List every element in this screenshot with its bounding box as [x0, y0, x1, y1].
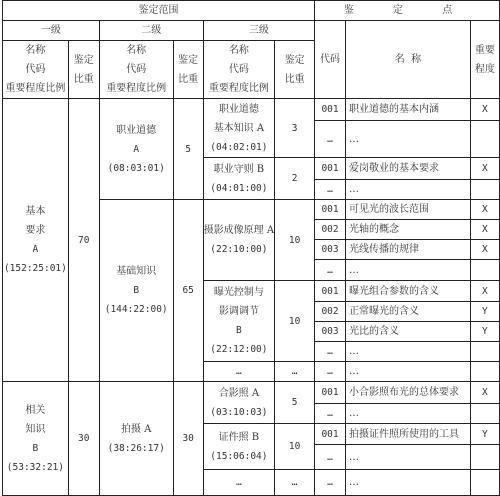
- level3-name-line: 曝光控制与: [204, 283, 274, 302]
- level3-name-line: 合影照 A: [204, 384, 274, 403]
- point-importance: X: [470, 200, 499, 220]
- weight-header-line: 鉴定: [69, 51, 99, 70]
- level3-weight: …: [275, 470, 315, 493]
- level2-name: 职业道德: [100, 121, 173, 140]
- level2-code: B: [100, 281, 173, 300]
- point-name: 可见光的波长范围: [346, 200, 471, 220]
- point-code: 001: [315, 281, 346, 302]
- weight-header-line: 鉴定: [174, 51, 203, 70]
- point-importance: X: [470, 382, 499, 404]
- level3-weight: 5: [275, 382, 315, 424]
- level2-ratio: (144:22:00): [100, 300, 173, 319]
- level3-ratio: (03:10:03): [204, 403, 274, 422]
- weight-header-line: 比重: [275, 70, 314, 89]
- level2-weight: 65: [173, 200, 203, 382]
- level2-ratio: (38:26:17): [100, 439, 173, 458]
- name-header-line: 重要程度比例: [100, 79, 173, 98]
- point-name: 光轴的概念: [346, 220, 471, 240]
- level2-name: 基础知识: [100, 262, 173, 281]
- level3-ellipsis: …: [203, 470, 274, 493]
- level2-name-header: 名称 代码 重要程度比例: [99, 41, 173, 99]
- point-name: 光线传播的规律: [346, 240, 471, 260]
- level3-name-line: 基本知识 A: [204, 119, 274, 138]
- level1-ratio: (53:32:21): [3, 458, 68, 477]
- point-name: 拍摄证件照所使用的工具: [346, 424, 471, 445]
- level3-item: 摄影成像原理 A (22:10:00): [203, 200, 274, 281]
- point-importance: Y: [470, 424, 499, 445]
- point-name: 职业道德的基本内涵: [346, 99, 471, 121]
- level3-name-line: 证件照 B: [204, 428, 274, 447]
- level2-weight: 5: [173, 99, 203, 200]
- level3-name-header: 名称 代码 重要程度比例: [203, 41, 274, 99]
- point-code: …: [315, 404, 346, 424]
- level3-weight: 2: [275, 158, 315, 200]
- name-header-line: 名称: [100, 41, 173, 60]
- level3-weight: …: [275, 362, 315, 382]
- level2-header: 二级: [99, 21, 203, 41]
- level3-name-line: 职业道德: [204, 100, 274, 119]
- level3-weight: 10: [275, 200, 315, 281]
- importance-header-line1: 重要: [471, 41, 499, 60]
- level3-ratio: (22:10:00): [204, 240, 274, 259]
- level3-name-line: 影调调节: [204, 302, 274, 321]
- point-name: …: [346, 260, 471, 281]
- name-header-line: 名称: [204, 41, 274, 60]
- point-name: …: [346, 470, 471, 493]
- weight-header-line: 比重: [174, 70, 203, 89]
- scope-title: 鉴定范围: [3, 1, 315, 21]
- name-header-line: 重要程度比例: [3, 79, 68, 98]
- level1-weight: 70: [68, 99, 99, 382]
- level1-ratio: (152:25:01): [3, 259, 68, 278]
- point-code: 001: [315, 158, 346, 180]
- code-header: 代码: [315, 21, 346, 99]
- level2-weight-header: 鉴定 比重: [173, 41, 203, 99]
- level1-name-line: 要求: [3, 221, 68, 240]
- level1-name-line: 基本: [3, 202, 68, 221]
- point-code: …: [315, 470, 346, 493]
- level1-weight-header: 鉴定 比重: [68, 41, 99, 99]
- point-name: 小合影照布光的总体要求: [346, 382, 471, 404]
- point-code: 002: [315, 220, 346, 240]
- level2-ratio: (08:03:01): [100, 159, 173, 178]
- level1-related-knowledge: 相关 知识 B (53:32:21): [3, 382, 69, 493]
- level3-ratio: (04:02:01): [204, 138, 274, 157]
- level3-ratio: (04:01:00): [204, 179, 274, 198]
- point-code: …: [315, 180, 346, 200]
- point-code: 001: [315, 424, 346, 445]
- point-code: 001: [315, 382, 346, 404]
- level3-item: 曝光控制与 影调调节 B (22:12:00): [203, 281, 274, 362]
- level3-ratio: (22:12:00): [204, 340, 274, 359]
- level3-name-line: 职业守则 B: [204, 160, 274, 179]
- level2-ethics: 职业道德 A (08:03:01): [99, 99, 173, 200]
- point-code: …: [315, 260, 346, 281]
- point-name: …: [346, 404, 471, 424]
- level3-name-line: 摄影成像原理 A: [204, 221, 274, 240]
- importance-header: 重要 程度: [470, 21, 499, 99]
- point-name: 光比的含义: [346, 322, 471, 342]
- level1-name-header: 名称 代码 重要程度比例: [3, 41, 69, 99]
- level2-weight: 30: [173, 382, 203, 493]
- point-code: 001: [315, 99, 346, 121]
- appraisal-table: 鉴定范围 鉴 定 点 一级 二级 三级 代码 名 称 重要 程度 名称 代码 重…: [2, 0, 500, 492]
- level1-code: B: [3, 439, 68, 458]
- level2-name: 拍摄 A: [100, 420, 173, 439]
- level3-header: 三级: [203, 21, 314, 41]
- level2-code: A: [100, 140, 173, 159]
- point-importance: Y: [470, 322, 499, 342]
- level3-ellipsis: …: [203, 362, 274, 382]
- level3-item: 证件照 B (15:06:04): [203, 424, 274, 470]
- level1-basic-requirements: 基本 要求 A (152:25:01): [3, 99, 69, 382]
- point-name-header: 名 称: [346, 21, 471, 99]
- point-name: 爱岗敬业的基本要求: [346, 158, 471, 180]
- point-code: 002: [315, 302, 346, 322]
- point-importance: X: [470, 99, 499, 121]
- point-importance: Y: [470, 302, 499, 322]
- importance-header-line2: 程度: [471, 60, 499, 79]
- level3-item: 合影照 A (03:10:03): [203, 382, 274, 424]
- point-name: 正常曝光的含义: [346, 302, 471, 322]
- level1-name-line: 相关: [3, 401, 68, 420]
- name-header-line: 代码: [100, 60, 173, 79]
- point-importance: [470, 470, 499, 493]
- level3-weight: 10: [275, 424, 315, 470]
- level2-shooting: 拍摄 A (38:26:17): [99, 382, 173, 493]
- name-header-line: 代码: [204, 60, 274, 79]
- point-importance: X: [470, 158, 499, 180]
- point-importance: [470, 180, 499, 200]
- point-name: …: [346, 121, 471, 158]
- point-importance: [470, 260, 499, 281]
- name-header-line: 重要程度比例: [204, 79, 274, 98]
- weight-header-line: 比重: [69, 70, 99, 89]
- point-name: …: [346, 342, 471, 362]
- point-name: …: [346, 180, 471, 200]
- level1-code: A: [3, 240, 68, 259]
- level2-fundamentals: 基础知识 B (144:22:00): [99, 200, 173, 382]
- point-importance: X: [470, 281, 499, 302]
- point-name: 曝光组合参数的含义: [346, 281, 471, 302]
- point-name: …: [346, 362, 471, 382]
- point-code: 001: [315, 200, 346, 220]
- point-importance: [470, 121, 499, 158]
- level1-weight: 30: [68, 382, 99, 493]
- level3-item: 职业守则 B (04:01:00): [203, 158, 274, 200]
- point-code: 003: [315, 240, 346, 260]
- point-code: …: [315, 342, 346, 362]
- point-code: …: [315, 121, 346, 158]
- point-importance: [470, 362, 499, 382]
- point-importance: X: [470, 240, 499, 260]
- point-code: …: [315, 445, 346, 470]
- level3-code: B: [204, 321, 274, 340]
- point-importance: X: [470, 220, 499, 240]
- level3-weight: 10: [275, 281, 315, 362]
- name-header-line: 名称: [3, 41, 68, 60]
- point-importance: [470, 404, 499, 424]
- level1-header: 一级: [3, 21, 100, 41]
- level3-ratio: (15:06:04): [204, 447, 274, 466]
- weight-header-line: 鉴定: [275, 51, 314, 70]
- level3-item: 职业道德 基本知识 A (04:02:01): [203, 99, 274, 158]
- point-code: …: [315, 362, 346, 382]
- level3-weight: 3: [275, 99, 315, 158]
- point-importance: [470, 445, 499, 470]
- level1-name-line: 知识: [3, 420, 68, 439]
- point-importance: [470, 342, 499, 362]
- point-code: 003: [315, 322, 346, 342]
- level3-weight-header: 鉴定 比重: [275, 41, 315, 99]
- point-name: …: [346, 445, 471, 470]
- point-title: 鉴 定 点: [315, 1, 500, 21]
- name-header-line: 代码: [3, 60, 68, 79]
